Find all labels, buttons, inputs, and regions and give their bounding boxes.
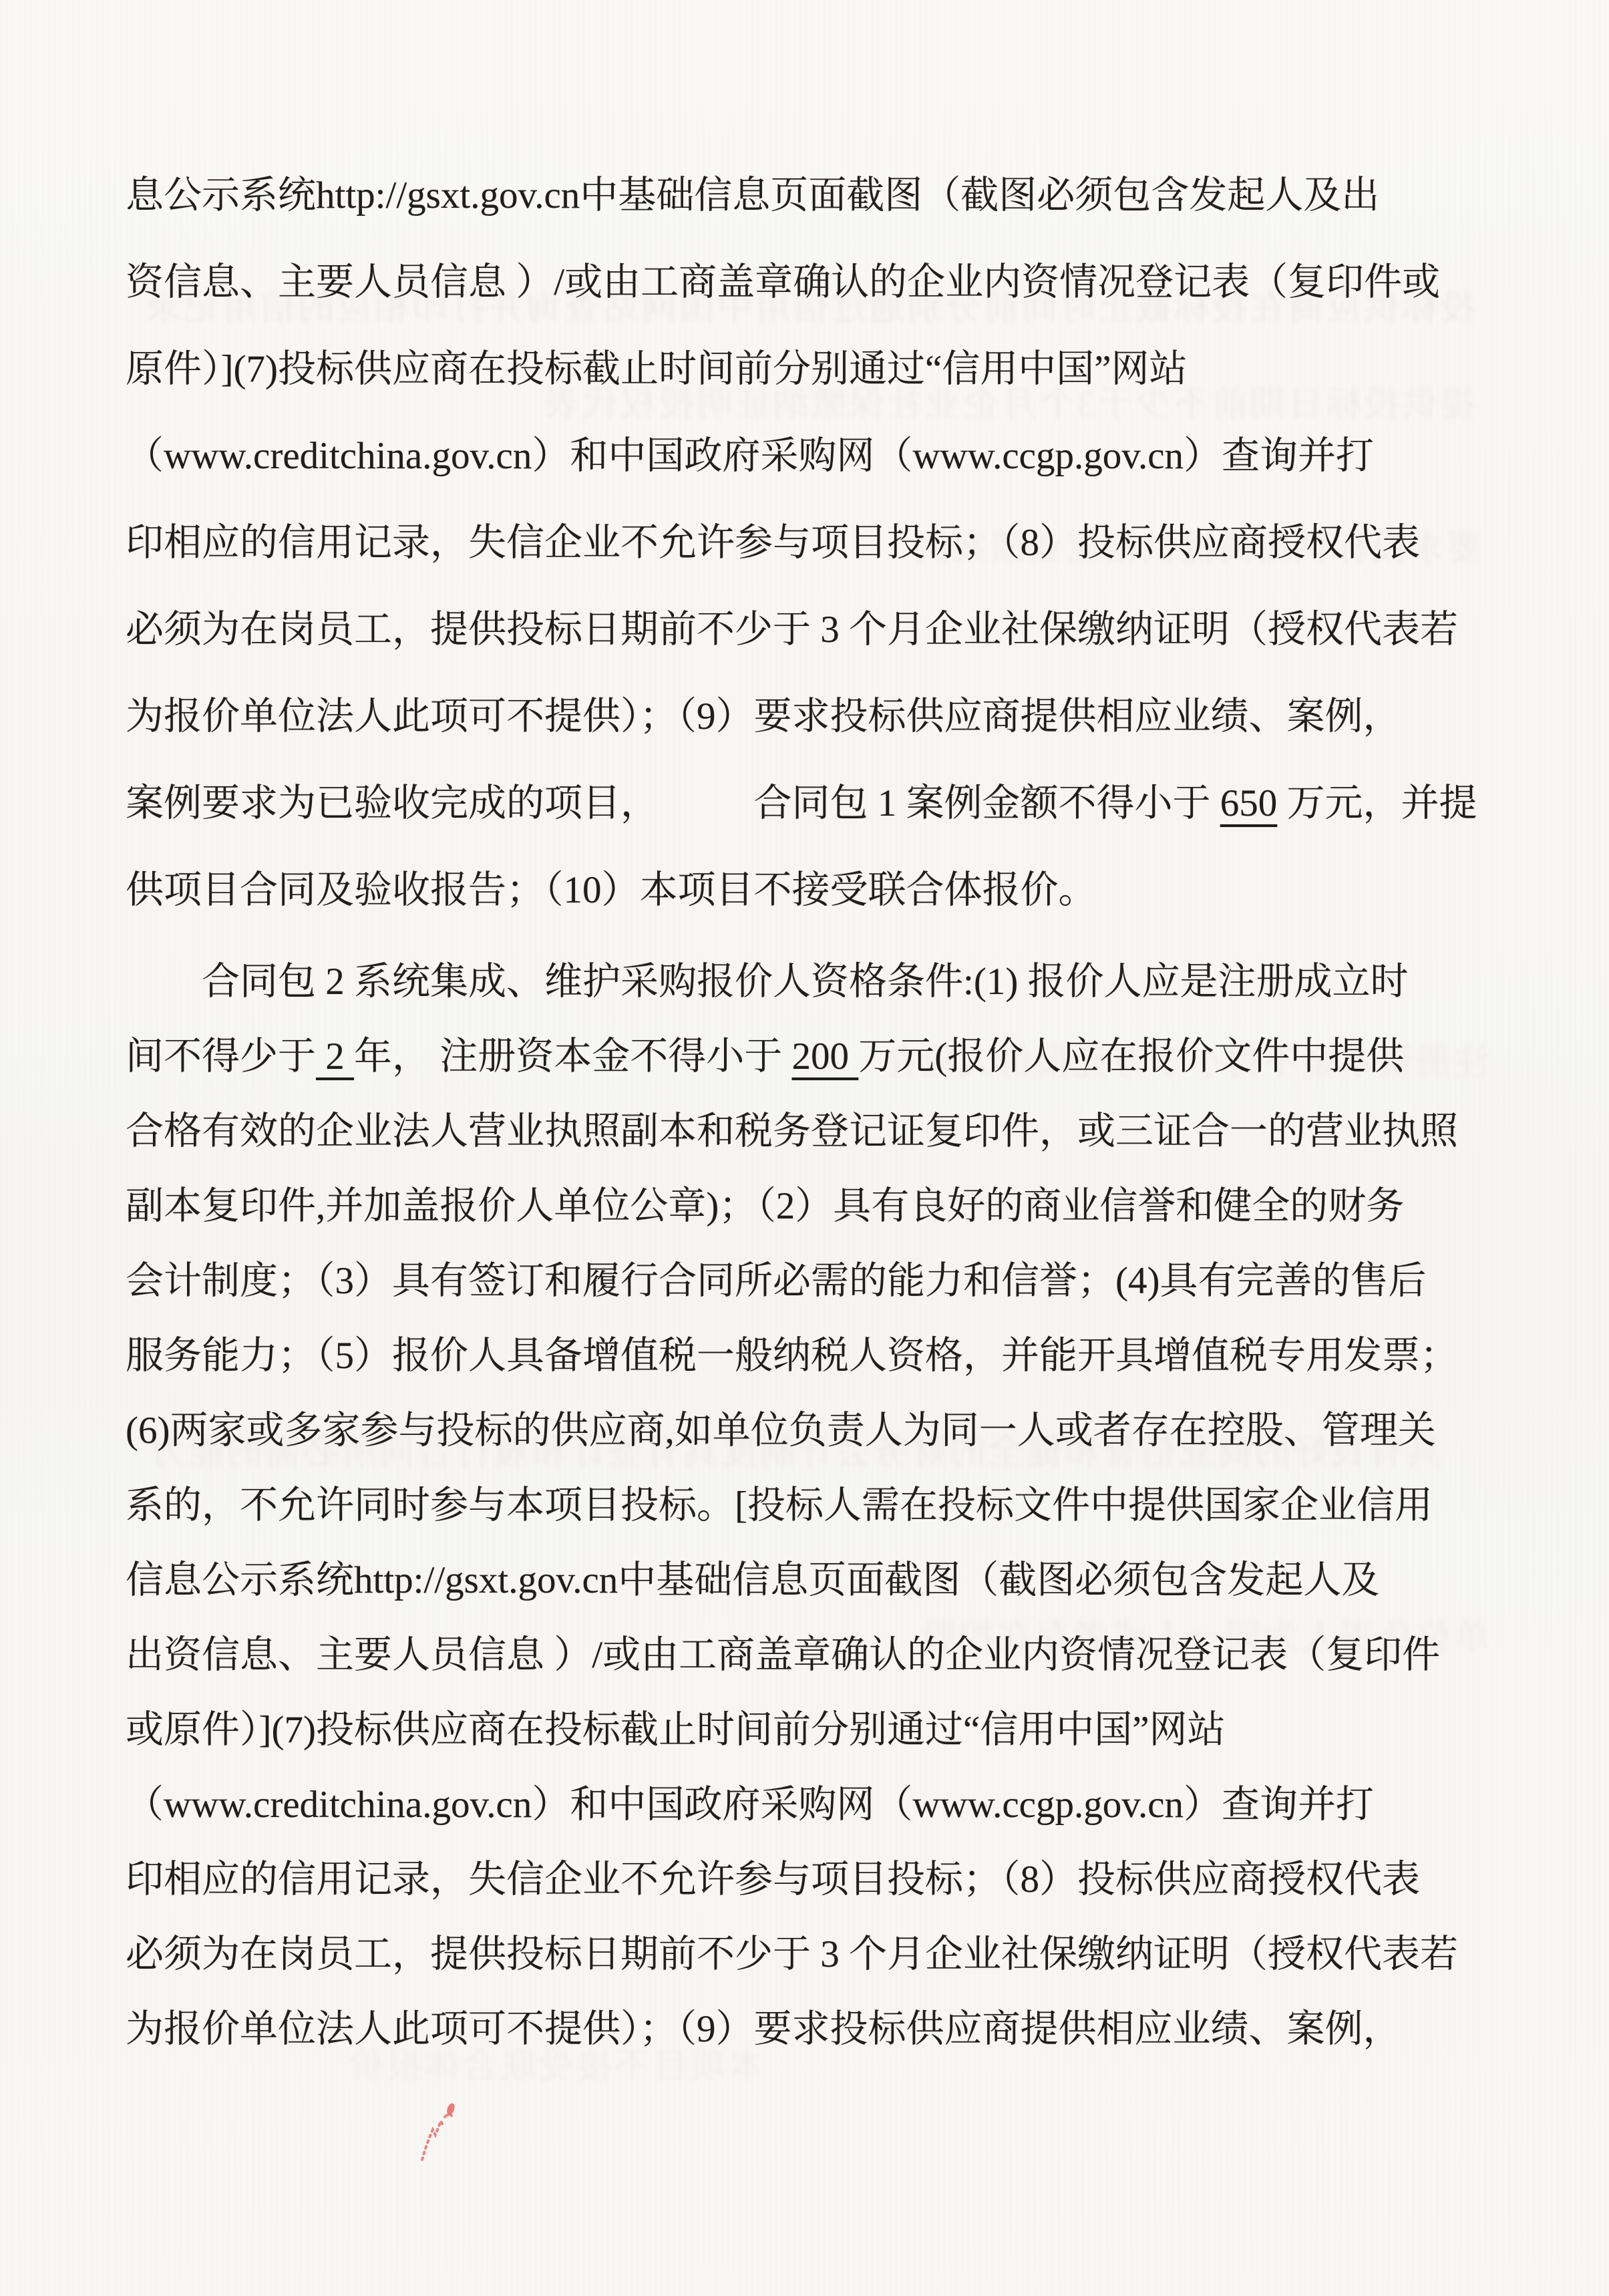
red-pen-scribble [413,2094,466,2168]
document-line: 合同包 2 系统集成、维护采购报价人资格条件:(1) 报价人应是注册成立时 [126,945,1511,1019]
text-segment: （www.creditchina.gov.cn）和中国政府采购网（www.ccg… [126,435,1374,477]
document-line: 为报价单位法人此项可不提供）；（9）要求投标供应商提供相应业绩、案例， [126,1992,1511,2067]
document-line: 信息公示系统http://gsxt.gov.cn中基础信息页面截图（截图必须包含… [126,1543,1511,1618]
paragraph-contract-package-2: 合同包 2 系统集成、维护采购报价人资格条件:(1) 报价人应是注册成立时间不得… [126,945,1511,2067]
document-line: 为报价单位法人此项可不提供）；（9）要求投标供应商提供相应业绩、案例， [126,673,1511,760]
document-line: 供项目合同及验收报告；（10）本项目不接受联合体报价。 [126,847,1511,934]
document-line: 或原件）](7)投标供应商在投标截止时间前分别通过“信用中国”网站 [126,1693,1511,1768]
text-segment: 原件）](7)投标供应商在投标截止时间前分别通过“信用中国”网站 [126,348,1188,390]
text-segment: (6)两家或多家参与投标的供应商,如单位负责人为同一人或者存在控股、管理关 [126,1410,1436,1452]
text-segment: 资信息、主要人员信息 ）/或由工商盖章确认的企业内资情况登记表（复印件或 [126,261,1440,303]
document-line: 资信息、主要人员信息 ）/或由工商盖章确认的企业内资情况登记表（复印件或 [126,239,1511,326]
text-segment: 会计制度；（3）具有签订和履行合同所必需的能力和信誉；(4)具有完善的售后 [126,1260,1426,1302]
text-segment: 副本复印件,并加盖报价人单位公章)；（2）具有良好的商业信誉和健全的财务 [126,1185,1404,1227]
text-segment: 印相应的信用记录，失信企业不允许参与项目投标；（8）投标供应商授权代表 [126,522,1420,564]
red-pen-blob [447,2104,455,2115]
document-line: 必须为在岗员工，提供投标日期前不少于 3 个月企业社保缴纳证明（授权代表若 [126,1917,1511,1992]
text-segment: 合同包 2 系统集成、维护采购报价人资格条件:(1) 报价人应是注册成立时 [126,961,1409,1003]
document-line: 合格有效的企业法人营业执照副本和税务登记证复印件，或三证合一的营业执照 [126,1094,1511,1169]
document-line: 印相应的信用记录，失信企业不允许参与项目投标；（8）投标供应商授权代表 [126,500,1511,587]
text-segment: 系的，不允许同时参与本项目投标。[投标人需在投标文件中提供国家企业信用 [126,1484,1433,1526]
document-line: 原件）](7)投标供应商在投标截止时间前分别通过“信用中国”网站 [126,326,1511,413]
document-line: 出资信息、主要人员信息 ）/或由工商盖章确认的企业内资情况登记表（复印件 [126,1618,1511,1693]
scanned-document-page: 投标供应商在投标截止时间前分别通过信用中国网站查询并打印相应的信用记录失信企业 … [0,0,1609,2296]
underlined-value: 650 [1220,782,1278,824]
text-segment: 合格有效的企业法人营业执照副本和税务登记证复印件，或三证合一的营业执照 [126,1110,1458,1152]
document-line: 必须为在岗员工，提供投标日期前不少于 3 个月企业社保缴纳证明（授权代表若 [126,587,1511,673]
document-line: 案例要求为已验收完成的项目， 合同包 1 案例金额不得小于 650 万元，并提 [126,760,1511,847]
text-segment: 必须为在岗员工，提供投标日期前不少于 3 个月企业社保缴纳证明（授权代表若 [126,1933,1458,1975]
text-segment: 为报价单位法人此项可不提供）；（9）要求投标供应商提供相应业绩、案例， [126,695,1401,737]
document-line: 服务能力；（5）报价人具备增值税一般纳税人资格，并能开具增值税专用发票； [126,1319,1511,1393]
document-line: 印相应的信用记录，失信企业不允许参与项目投标；（8）投标供应商授权代表 [126,1842,1511,1917]
document-line: 会计制度；（3）具有签订和履行合同所必需的能力和信誉；(4)具有完善的售后 [126,1244,1511,1319]
text-segment: 供项目合同及验收报告；（10）本项目不接受联合体报价。 [126,869,1097,911]
underlined-value: 200 [792,1035,859,1078]
document-line: 息公示系统http://gsxt.gov.cn中基础信息页面截图（截图必须包含发… [126,152,1511,239]
text-segment: 年， 注册资本金不得小于 [354,1035,792,1078]
text-segment: 服务能力；（5）报价人具备增值税一般纳税人资格，并能开具增值税专用发票； [126,1335,1458,1377]
text-segment: 信息公示系统http://gsxt.gov.cn中基础信息页面截图（截图必须包含… [126,1559,1379,1601]
text-segment: 万元(报价人应在报价文件中提供 [858,1035,1404,1078]
document-line: 间不得少于 2 年， 注册资本金不得小于 200 万元(报价人应在报价文件中提供 [126,1019,1511,1094]
red-pen-stroke-small [445,2114,452,2117]
text-segment: 万元，并提 [1277,782,1477,824]
text-segment: 为报价单位法人此项可不提供）；（9）要求投标供应商提供相应业绩、案例， [126,2008,1401,2050]
document-line: （www.creditchina.gov.cn）和中国政府采购网（www.ccg… [126,413,1511,500]
text-segment: 息公示系统http://gsxt.gov.cn中基础信息页面截图（截图必须包含发… [126,174,1379,216]
text-segment: （www.creditchina.gov.cn）和中国政府采购网（www.ccg… [126,1784,1374,1826]
text-segment: 出资信息、主要人员信息 ）/或由工商盖章确认的企业内资情况登记表（复印件 [126,1634,1440,1676]
document-line: (6)两家或多家参与投标的供应商,如单位负责人为同一人或者存在控股、管理关 [126,1393,1511,1468]
document-line: 系的，不允许同时参与本项目投标。[投标人需在投标文件中提供国家企业信用 [126,1468,1511,1543]
paragraph-contract-package-1: 息公示系统http://gsxt.gov.cn中基础信息页面截图（截图必须包含发… [126,152,1511,934]
document-line: （www.creditchina.gov.cn）和中国政府采购网（www.ccg… [126,1768,1511,1842]
text-segment: 间不得少于 [126,1035,316,1078]
text-segment: 印相应的信用记录，失信企业不允许参与项目投标；（8）投标供应商授权代表 [126,1858,1420,1901]
text-segment: 案例要求为已验收完成的项目， 合同包 1 案例金额不得小于 [126,782,1220,824]
document-line: 副本复印件,并加盖报价人单位公章)；（2）具有良好的商业信誉和健全的财务 [126,1169,1511,1244]
underlined-value: 2 [316,1035,354,1078]
text-segment: 必须为在岗员工，提供投标日期前不少于 3 个月企业社保缴纳证明（授权代表若 [126,609,1458,651]
text-segment: 或原件）](7)投标供应商在投标截止时间前分别通过“信用中国”网站 [126,1709,1226,1751]
red-pen-stroke [422,2121,443,2160]
